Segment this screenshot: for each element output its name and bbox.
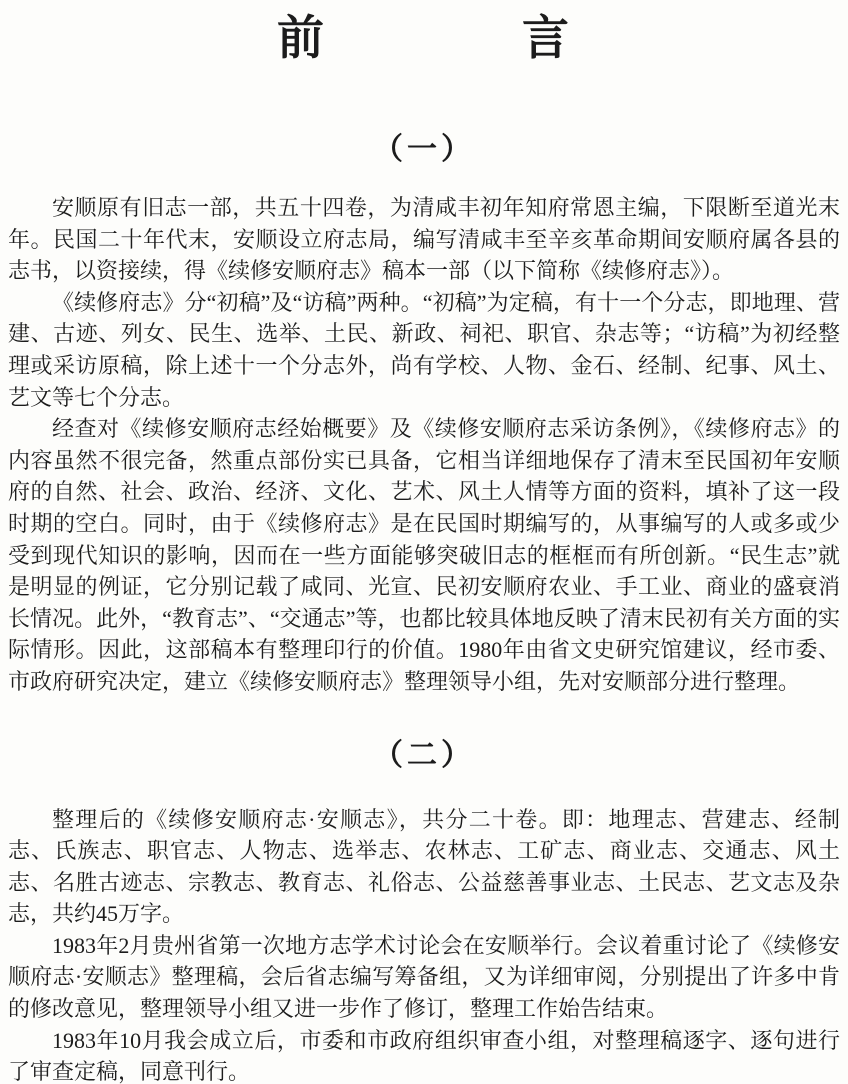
paragraph: 安顺原有旧志一部，共五十四卷，为清咸丰初年知府常恩主编，下限断至道光末年。民国二…: [8, 192, 840, 287]
paragraph: 1983年10月我会成立后，市委和市政府组织审查小组，对整理稿逐字、逐句进行了审…: [8, 1025, 840, 1084]
paragraph: 整理后的《续修安顺府志·安顺志》，共分二十卷。即：地理志、营建志、经制志、氏族志…: [8, 804, 840, 930]
section-marker-one: （一）: [8, 132, 840, 168]
page-title: 前 言: [8, 12, 840, 66]
section-marker-two: （二）: [8, 738, 840, 774]
document-page: 前 言 （一） 安顺原有旧志一部，共五十四卷，为清咸丰初年知府常恩主编，下限断至…: [0, 0, 848, 1084]
paragraph: 1983年2月贵州省第一次地方志学术讨论会在安顺举行。会议着重讨论了《续修安顺府…: [8, 930, 840, 1025]
paragraph: 《续修府志》分“初稿”及“访稿”两种。“初稿”为定稿，有十一个分志，即地理、营建…: [8, 287, 840, 413]
paragraph: 经查对《续修安顺府志经始概要》及《续修安顺府志采访条例》，《续修府志》的内容虽然…: [8, 413, 840, 697]
